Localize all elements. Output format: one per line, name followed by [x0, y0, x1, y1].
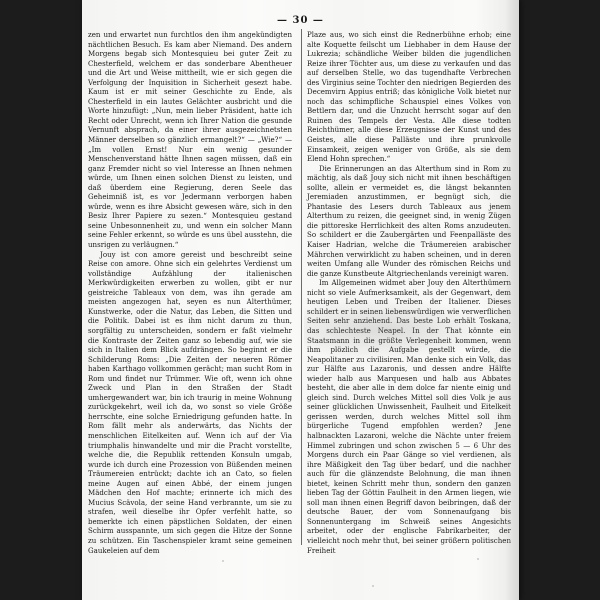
paragraph: Jouy ist con amore gereist und beschreib…: [88, 250, 292, 556]
right-column: Plaze aus, wo sich einst die Rednerbühne…: [307, 30, 511, 555]
scan-speck: [222, 560, 224, 562]
paragraph: zen und erwartet nun furchtlos den ihm a…: [88, 30, 292, 250]
scanned-document: — 30 — zen und erwartet nun furchtlos de…: [0, 0, 600, 600]
page-number: — 30 —: [82, 15, 519, 26]
scan-speck: [477, 558, 479, 560]
paragraph: Die Erinnerungen an das Alterthum sind i…: [307, 164, 511, 279]
left-column: zen und erwartet nun furchtlos den ihm a…: [88, 30, 292, 555]
newspaper-page: — 30 — zen und erwartet nun furchtlos de…: [82, 0, 519, 600]
scan-speck: [372, 585, 374, 587]
column-divider: [301, 29, 302, 545]
paragraph: Plaze aus, wo sich einst die Rednerbühne…: [307, 30, 511, 164]
paragraph: Im Allgemeinen widmet aber Jouy den Alte…: [307, 278, 511, 555]
